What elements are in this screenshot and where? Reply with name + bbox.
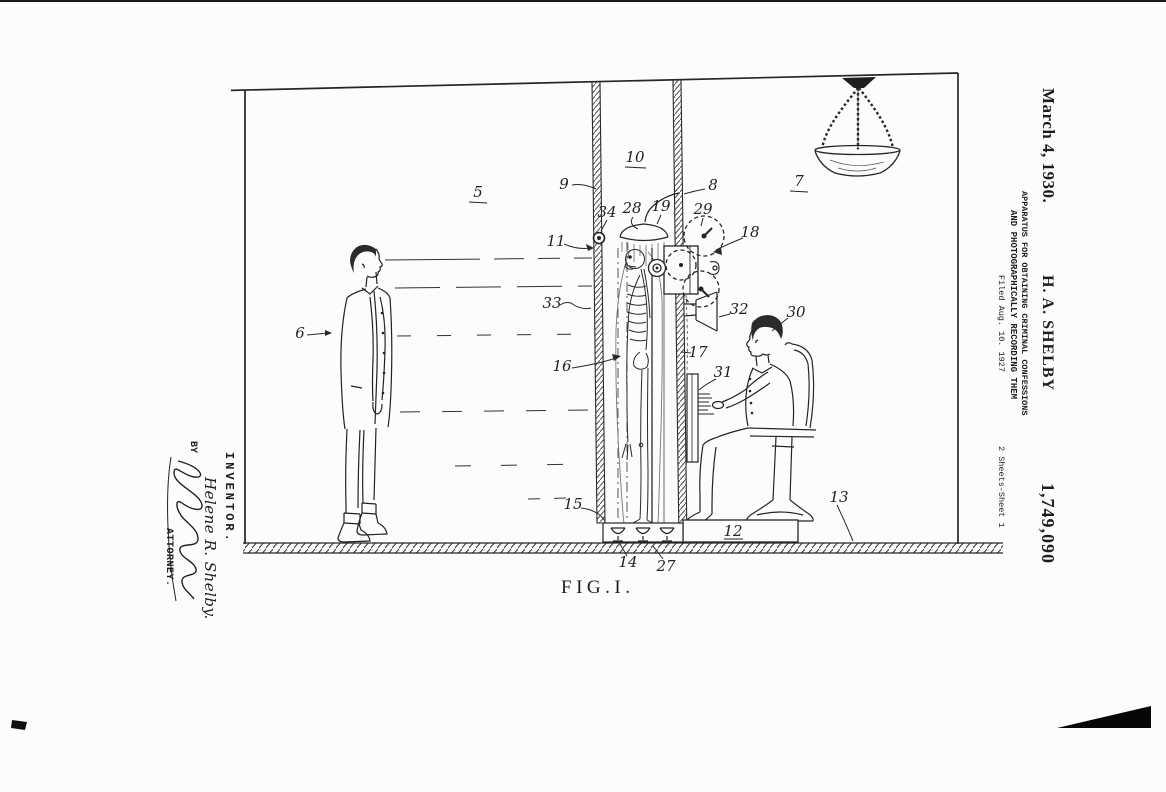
- sheet-count: 2 Sheets-Sheet 1: [996, 446, 1006, 528]
- figure-label-14: 14: [618, 553, 637, 571]
- figure-label-17: 17: [688, 343, 708, 361]
- signature-block: INVENTOR. Helene R. Shelby. BY ATTORNEY.: [156, 441, 236, 617]
- figure-label-8: 8: [708, 176, 718, 194]
- peephole: [594, 233, 605, 244]
- standing-man: [338, 245, 392, 542]
- horn: [684, 292, 717, 331]
- scan-artifact-speck: [11, 720, 27, 730]
- control-panel: [687, 374, 714, 462]
- figure-label-12: 12: [723, 522, 742, 540]
- figure-label-28: 28: [621, 199, 641, 217]
- figure-label-34: 34: [597, 203, 616, 221]
- by-label: BY: [187, 441, 198, 453]
- figure-label-15: 15: [563, 495, 582, 513]
- figure-label-30: 30: [786, 303, 806, 321]
- figure-label-10: 10: [625, 148, 645, 166]
- figure-label-18: 18: [740, 223, 759, 241]
- figure-label-29: 29: [692, 200, 713, 218]
- skeleton: [616, 248, 664, 528]
- inventor-name: H. A. SHELBY: [1038, 275, 1056, 391]
- patent-header: March 4, 1930. H. A. SHELBY 1,749,090 AP…: [994, 86, 1058, 580]
- filed-date: Filed Aug. 10. 1927: [996, 275, 1006, 372]
- camera-wire: [686, 295, 687, 372]
- figure-label-9: 9: [559, 175, 569, 193]
- hanging-lamp: [815, 77, 900, 176]
- figure-label-19: 19: [651, 197, 671, 215]
- inventor-caption: INVENTOR.: [222, 452, 236, 544]
- figure-label-11: 11: [546, 232, 565, 250]
- scan-artifact-triangle: [1057, 706, 1151, 728]
- patent-title-line2: AND PHOTOGRAPHICALLY RECORDING THEM: [1008, 210, 1018, 399]
- figure-label-33: 33: [542, 294, 561, 312]
- figure-label-27: 27: [655, 557, 676, 575]
- figure-label-7: 7: [794, 172, 804, 190]
- figure-label-16: 16: [552, 357, 572, 375]
- patent-date: March 4, 1930.: [1038, 88, 1058, 203]
- attorney-caption: ATTORNEY.: [163, 528, 174, 587]
- chair: [747, 343, 816, 521]
- patent-drawing: 5 6 7 8 9 10 11 34 28 19 29 18 33 32 30 …: [0, 0, 1166, 792]
- partition-wall-9: [592, 82, 605, 523]
- patent-number: 1,749,090: [1037, 483, 1058, 564]
- patent-sheet: 5 6 7 8 9 10 11 34 28 19 29 18 33 32 30 …: [0, 0, 1166, 792]
- patent-title-line1: APPARATUS FOR OBTAINING CRIMINAL CONFESS…: [1019, 191, 1029, 415]
- figure-label-6: 6: [295, 324, 305, 342]
- figure-label-32: 32: [729, 300, 748, 318]
- figure-label-5: 5: [473, 183, 483, 201]
- partition-wall-8: [673, 80, 687, 543]
- skeleton-base: [603, 523, 683, 542]
- figure-caption: FIG.I.: [561, 577, 634, 598]
- figure-label-13: 13: [829, 488, 848, 506]
- floor: [243, 543, 1003, 553]
- figure-label-31: 31: [713, 363, 732, 381]
